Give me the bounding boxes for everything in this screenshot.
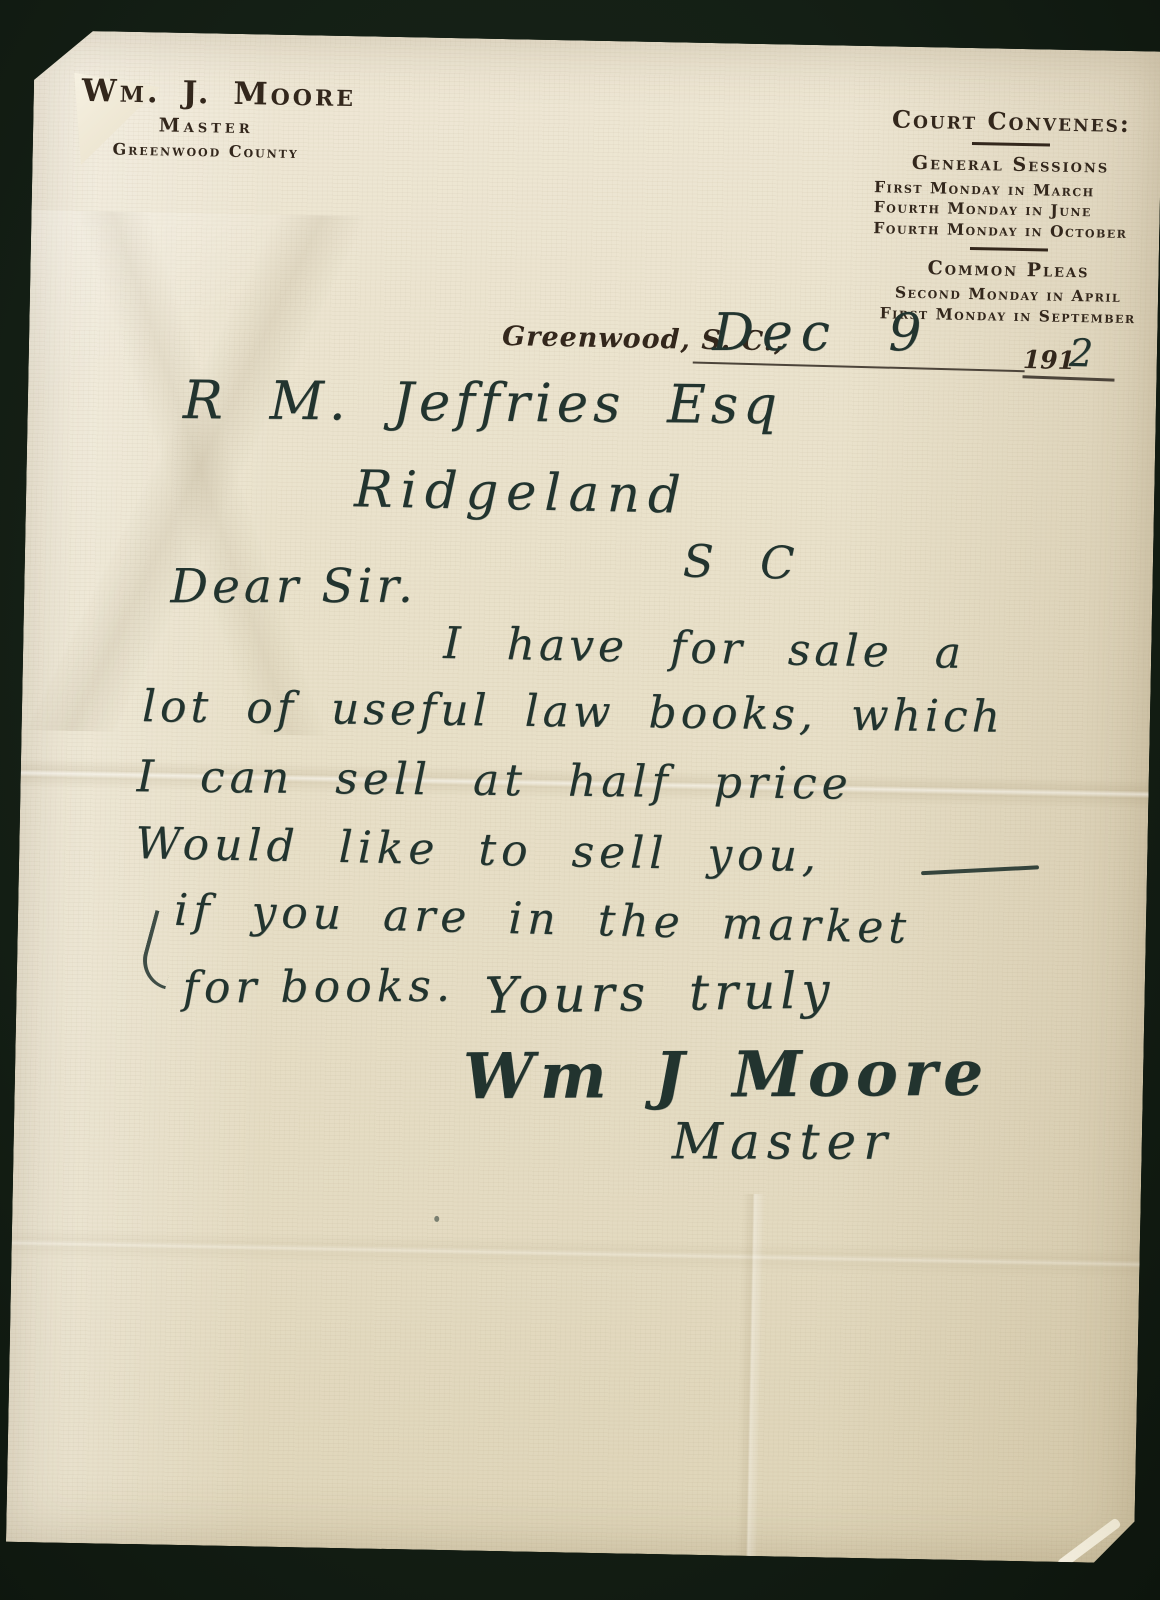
handwritten-year-digit: 2 [1069,334,1094,372]
court-convenes-heading: Court Convenes: [871,104,1152,138]
general-sessions-title: General Sessions [870,151,1150,178]
ink-speck [434,1216,439,1222]
vertical-fold-crease [736,1194,765,1556]
body-line: lot of useful law books, which [142,685,1004,740]
letterhead-county: Greenwood County [81,139,331,163]
letter-paper: Wm. J. Moore Master Greenwood County Cou… [6,30,1160,1563]
letterhead-divider [972,142,1050,146]
letterhead-divider [970,247,1048,251]
letterhead-name: Wm. J. Moore [81,73,332,114]
letterhead-right-block: Court Convenes: General Sessions First M… [868,104,1152,329]
photo-background: { "theme": { "background_color": "#141f1… [0,0,1160,1600]
body-line: for books. [183,965,455,1011]
handwritten-date: Dec 9 [712,307,929,359]
body-line: if you are in the market [174,889,912,951]
year-blank-rule [1022,375,1114,381]
signature: Wm J Moore [463,1042,990,1109]
letterhead-title: Master [81,113,331,140]
recipient-line: R M. Jeffries Esq [183,374,783,432]
salutation-line: Dear Sir. [170,563,416,610]
letterhead-left-block: Wm. J. Moore Master Greenwood County [81,73,333,163]
pen-flourish-dash [921,865,1039,875]
stray-pen-mark [136,910,184,989]
signature-title: Master [672,1116,894,1166]
general-sessions-line: Fourth Monday in October [869,218,1149,244]
closing-line: Yours truly [484,965,835,1020]
body-line: Would like to sell you, [135,822,821,879]
body-line: I have for sale a [443,622,966,676]
common-pleas-title: Common Pleas [868,256,1148,283]
recipient-city-line: Ridgeland [354,464,689,521]
printed-year-prefix: 191 [1023,345,1076,375]
corner-fold-bottom-right [1057,1517,1122,1569]
horizontal-fold-crease-lower [11,1228,1139,1280]
paper-crumple-marks [22,210,372,736]
body-line: I can sell at half price [136,755,853,806]
recipient-state-line: S C [682,539,810,586]
